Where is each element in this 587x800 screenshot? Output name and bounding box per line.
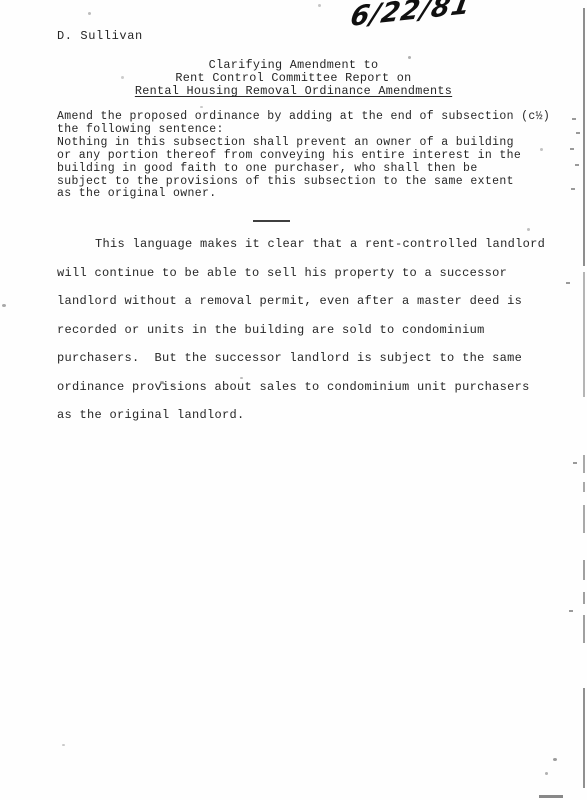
amendment-line: Amend the proposed ordinance by adding a… [57, 111, 550, 124]
amendment-line: building in good faith to one purchaser,… [57, 163, 550, 176]
scan-speckle [62, 744, 65, 746]
body-line: landlord without a removal permit, even … [57, 287, 545, 316]
body-line: recorded or units in the building are so… [57, 316, 545, 345]
scan-speckle [160, 381, 164, 384]
body-line: This language makes it clear that a rent… [57, 230, 545, 259]
scan-edge-line [583, 8, 585, 266]
body-line: purchasers. But the successor landlord i… [57, 344, 545, 373]
scan-edge-line [583, 592, 585, 604]
body-paragraph: This language makes it clear that a rent… [57, 230, 545, 430]
scan-tick-artifact [570, 148, 574, 150]
scan-tick-artifact [572, 118, 576, 120]
scan-speckle [408, 56, 411, 59]
handwritten-date: 6/22/81 [348, 0, 474, 33]
scan-edge-line [583, 455, 585, 473]
scan-tick-artifact [576, 132, 580, 134]
scan-tick-artifact [569, 610, 573, 612]
scan-edge-line [583, 482, 585, 492]
amendment-line: as the original owner. [57, 188, 550, 201]
scanned-document-page: D. Sullivan 6/22/81 Clarifying Amendment… [0, 0, 587, 800]
scan-edge-line [583, 688, 585, 788]
scan-speckle [545, 772, 548, 775]
scan-speckle [240, 377, 243, 379]
scan-speckle [527, 228, 530, 231]
scan-edge-line [583, 560, 585, 580]
title-line-3: Rental Housing Removal Ordinance Amendme… [0, 85, 587, 98]
scan-speckle [540, 148, 543, 151]
amendment-line: Nothing in this subsection shall prevent… [57, 137, 550, 150]
scan-speckle [2, 304, 6, 307]
body-line: will continue to be able to sell his pro… [57, 259, 545, 288]
scan-speckle [553, 758, 557, 761]
scan-tick-artifact [566, 282, 570, 284]
scan-speckle [172, 384, 175, 386]
scan-speckle [88, 12, 91, 15]
scan-speckle [200, 106, 203, 108]
amendment-line: the following sentence: [57, 124, 550, 137]
section-separator-rule [253, 220, 290, 222]
scan-speckle [121, 76, 124, 79]
document-title: Clarifying Amendment to Rent Control Com… [0, 59, 587, 99]
author-name: D. Sullivan [57, 29, 143, 43]
amendment-line: or any portion thereof from conveying hi… [57, 150, 550, 163]
scan-edge-line [583, 505, 585, 533]
scan-edge-line [583, 615, 585, 643]
scan-speckle [318, 4, 321, 7]
scan-tick-artifact [575, 164, 579, 166]
amendment-text-block: Amend the proposed ordinance by adding a… [57, 111, 550, 201]
body-line: as the original landlord. [57, 401, 545, 430]
scan-tick-artifact [571, 188, 575, 190]
scan-tick-artifact [573, 462, 577, 464]
body-line: ordinance provisions about sales to cond… [57, 373, 545, 402]
scan-edge-line [583, 272, 585, 397]
scan-bottom-artifact [539, 795, 563, 798]
